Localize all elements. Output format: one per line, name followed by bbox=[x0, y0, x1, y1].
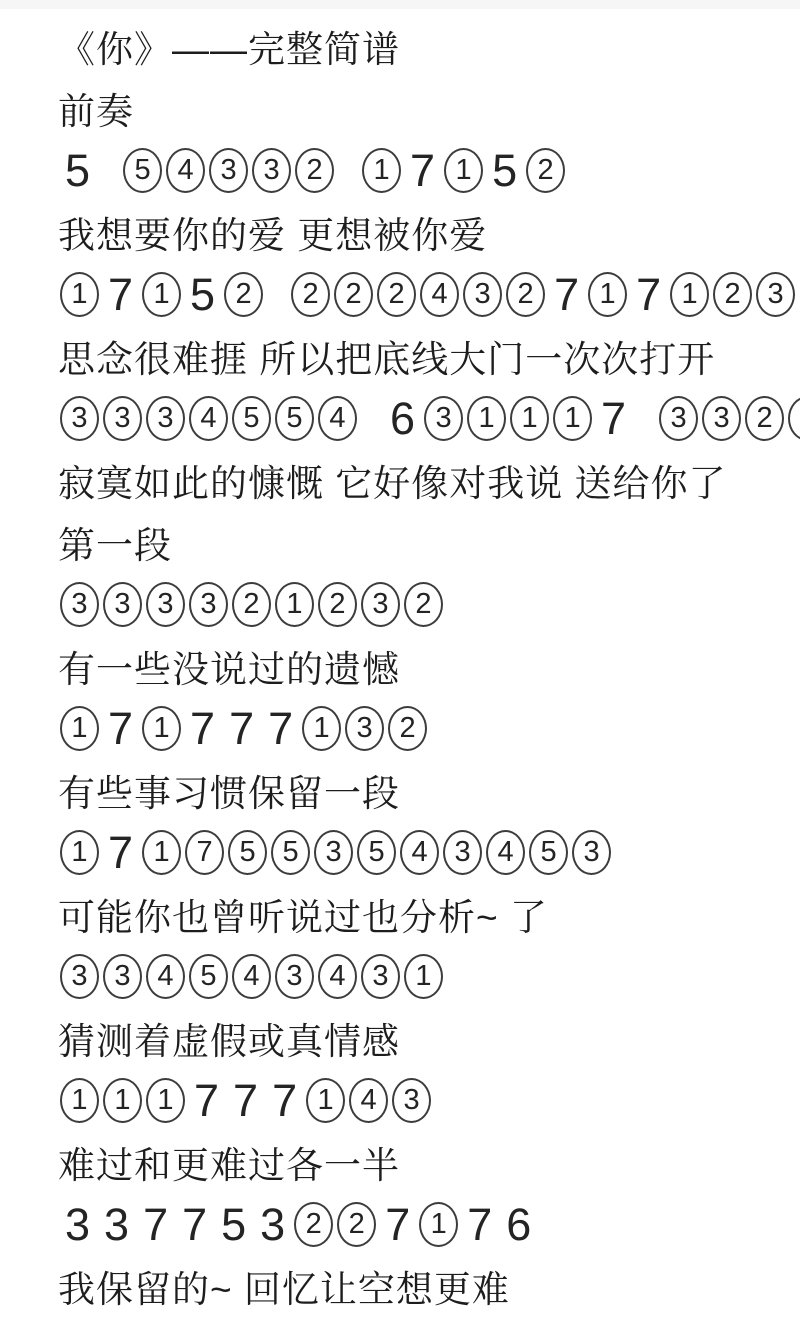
note-circled: 3 bbox=[314, 830, 353, 875]
note-circled: 1 bbox=[306, 1078, 345, 1123]
note-circled: 3 bbox=[659, 396, 698, 441]
note-circled: 2 bbox=[295, 148, 334, 193]
note-plain: 3 bbox=[65, 1202, 90, 1247]
note-circled: 5 bbox=[271, 830, 310, 875]
note-circled: 2 bbox=[337, 1202, 376, 1247]
note-circled: 2 bbox=[745, 396, 784, 441]
notation-line: 337753227176 bbox=[58, 1193, 786, 1255]
note-circled: 5 bbox=[357, 830, 396, 875]
note-plain: 6 bbox=[390, 396, 415, 441]
note-circled: 4 bbox=[318, 954, 357, 999]
note-circled: 4 bbox=[349, 1078, 388, 1123]
note-circled: 3 bbox=[103, 396, 142, 441]
note-circled: 3 bbox=[361, 582, 400, 627]
note-plain: 7 bbox=[190, 706, 215, 751]
note-circled: 1 bbox=[60, 706, 99, 751]
note-circled: 3 bbox=[146, 582, 185, 627]
note-plain: 7 bbox=[194, 1078, 219, 1123]
page-top-strip bbox=[0, 0, 800, 9]
note-circled: 3 bbox=[702, 396, 741, 441]
note-plain: 7 bbox=[385, 1202, 410, 1247]
note-group: 1717553543453 bbox=[58, 830, 613, 875]
note-circled: 2 bbox=[526, 148, 565, 193]
note-plain: 3 bbox=[104, 1202, 129, 1247]
lyric-line: 有一些没说过的遗憾 bbox=[58, 635, 786, 697]
note-circled: 1 bbox=[60, 272, 99, 317]
note-group: 631117 bbox=[383, 396, 633, 441]
note-circled: 2 bbox=[291, 272, 330, 317]
note-circled: 2 bbox=[334, 272, 373, 317]
note-circled: 7 bbox=[185, 830, 224, 875]
note-plain: 6 bbox=[506, 1202, 531, 1247]
note-circled: 1 bbox=[142, 272, 181, 317]
note-circled: 5 bbox=[529, 830, 568, 875]
note-circled: 1 bbox=[467, 396, 506, 441]
notation-line: 1717553543453 bbox=[58, 821, 786, 883]
note-plain: 7 bbox=[268, 706, 293, 751]
note-group: 54332 bbox=[121, 148, 336, 193]
note-group: 111777143 bbox=[58, 1078, 433, 1123]
note-circled: 3 bbox=[756, 272, 795, 317]
note-circled: 5 bbox=[123, 148, 162, 193]
note-circled: 1 bbox=[588, 272, 627, 317]
note-circled: 1 bbox=[510, 396, 549, 441]
note-circled: 1 bbox=[142, 706, 181, 751]
note-circled: 3 bbox=[60, 582, 99, 627]
note-group: 171777132 bbox=[58, 706, 429, 751]
note-circled: 3 bbox=[572, 830, 611, 875]
note-group: 3323 bbox=[657, 396, 800, 441]
note-circled: 5 bbox=[228, 830, 267, 875]
lyric-line: 难过和更难过各一半 bbox=[58, 1131, 786, 1193]
note-plain: 7 bbox=[108, 706, 133, 751]
lyric-line: 寂寞如此的慷慨 它好像对我说 送给你了 bbox=[58, 449, 786, 511]
note-plain: 7 bbox=[108, 272, 133, 317]
note-plain: 7 bbox=[233, 1078, 258, 1123]
sheet-music-page: 《你》——完整简谱前奏55433217152我想要你的爱 更想被你爱171522… bbox=[0, 9, 800, 1317]
note-circled: 4 bbox=[232, 954, 271, 999]
note-circled: 3 bbox=[60, 954, 99, 999]
note-plain: 7 bbox=[272, 1078, 297, 1123]
note-plain: 3 bbox=[260, 1202, 285, 1247]
lyric-line: 思念很难捱 所以把底线大门一次次打开 bbox=[58, 325, 786, 387]
note-circled: 1 bbox=[275, 582, 314, 627]
note-circled: 1 bbox=[553, 396, 592, 441]
note-plain: 7 bbox=[143, 1202, 168, 1247]
note-circled: 4 bbox=[166, 148, 205, 193]
note-plain: 7 bbox=[108, 830, 133, 875]
lyric-line: 我保留的~ 回忆让空想更难 bbox=[58, 1255, 786, 1317]
note-group: 337753227176 bbox=[58, 1202, 538, 1247]
note-circled: 4 bbox=[189, 396, 228, 441]
note-circled: 2 bbox=[713, 272, 752, 317]
notation-line: 17152222432717123 bbox=[58, 263, 786, 325]
note-circled: 3 bbox=[424, 396, 463, 441]
note-circled: 2 bbox=[377, 272, 416, 317]
note-circled: 2 bbox=[318, 582, 357, 627]
notation-line: 33345546311173323 bbox=[58, 387, 786, 449]
note-group: 5 bbox=[58, 148, 97, 193]
notation-line: 171777132 bbox=[58, 697, 786, 759]
note-group: 333321232 bbox=[58, 582, 445, 627]
note-plain: 7 bbox=[601, 396, 626, 441]
note-circled: 1 bbox=[404, 954, 443, 999]
lyric-line: 猜测着虚假或真情感 bbox=[58, 1007, 786, 1069]
note-group: 17152 bbox=[360, 148, 567, 193]
lyric-line: 可能你也曾听说过也分析~ 了 bbox=[58, 883, 786, 945]
note-circled: 2 bbox=[404, 582, 443, 627]
note-circled: 2 bbox=[224, 272, 263, 317]
note-plain: 7 bbox=[554, 272, 579, 317]
note-circled: 1 bbox=[60, 1078, 99, 1123]
note-group: 222432717123 bbox=[289, 272, 797, 317]
note-group: 3334554 bbox=[58, 396, 359, 441]
note-circled: 3 bbox=[146, 396, 185, 441]
note-circled: 1 bbox=[670, 272, 709, 317]
note-circled: 1 bbox=[103, 1078, 142, 1123]
note-circled: 1 bbox=[362, 148, 401, 193]
note-circled: 4 bbox=[486, 830, 525, 875]
note-circled: 2 bbox=[388, 706, 427, 751]
note-circled: 2 bbox=[294, 1202, 333, 1247]
note-group: 17152 bbox=[58, 272, 265, 317]
note-circled: 1 bbox=[444, 148, 483, 193]
section-label: 第一段 bbox=[58, 511, 786, 573]
note-circled: 3 bbox=[275, 954, 314, 999]
note-circled: 1 bbox=[146, 1078, 185, 1123]
note-circled: 5 bbox=[275, 396, 314, 441]
note-circled: 3 bbox=[189, 582, 228, 627]
lyric-line: 有些事习惯保留一段 bbox=[58, 759, 786, 821]
note-circled: 2 bbox=[506, 272, 545, 317]
note-circled: 1 bbox=[302, 706, 341, 751]
notation-line: 111777143 bbox=[58, 1069, 786, 1131]
notation-line: 333321232 bbox=[58, 573, 786, 635]
note-circled: 4 bbox=[318, 396, 357, 441]
note-circled: 1 bbox=[60, 830, 99, 875]
note-plain: 5 bbox=[190, 272, 215, 317]
note-circled: 4 bbox=[146, 954, 185, 999]
note-circled: 3 bbox=[103, 582, 142, 627]
note-circled: 5 bbox=[189, 954, 228, 999]
note-plain: 7 bbox=[229, 706, 254, 751]
notation-line: 55433217152 bbox=[58, 139, 786, 201]
note-circled: 3 bbox=[103, 954, 142, 999]
song-title: 《你》——完整简谱 bbox=[58, 15, 786, 77]
note-plain: 7 bbox=[636, 272, 661, 317]
note-circled: 3 bbox=[60, 396, 99, 441]
note-plain: 7 bbox=[182, 1202, 207, 1247]
note-circled: 3 bbox=[788, 396, 800, 441]
note-circled: 3 bbox=[209, 148, 248, 193]
note-circled: 3 bbox=[392, 1078, 431, 1123]
note-plain: 7 bbox=[467, 1202, 492, 1247]
note-circled: 5 bbox=[232, 396, 271, 441]
note-plain: 7 bbox=[410, 148, 435, 193]
lyric-line: 我想要你的爱 更想被你爱 bbox=[58, 201, 786, 263]
note-circled: 3 bbox=[345, 706, 384, 751]
note-plain: 5 bbox=[221, 1202, 246, 1247]
notation-line: 334543431 bbox=[58, 945, 786, 1007]
note-circled: 1 bbox=[142, 830, 181, 875]
note-circled: 2 bbox=[232, 582, 271, 627]
note-group: 334543431 bbox=[58, 954, 445, 999]
section-label: 前奏 bbox=[58, 77, 786, 139]
note-circled: 4 bbox=[420, 272, 459, 317]
note-plain: 5 bbox=[492, 148, 517, 193]
note-circled: 3 bbox=[443, 830, 482, 875]
note-circled: 1 bbox=[419, 1202, 458, 1247]
note-circled: 3 bbox=[252, 148, 291, 193]
note-circled: 3 bbox=[361, 954, 400, 999]
note-circled: 3 bbox=[463, 272, 502, 317]
note-plain: 5 bbox=[65, 148, 90, 193]
note-circled: 4 bbox=[400, 830, 439, 875]
